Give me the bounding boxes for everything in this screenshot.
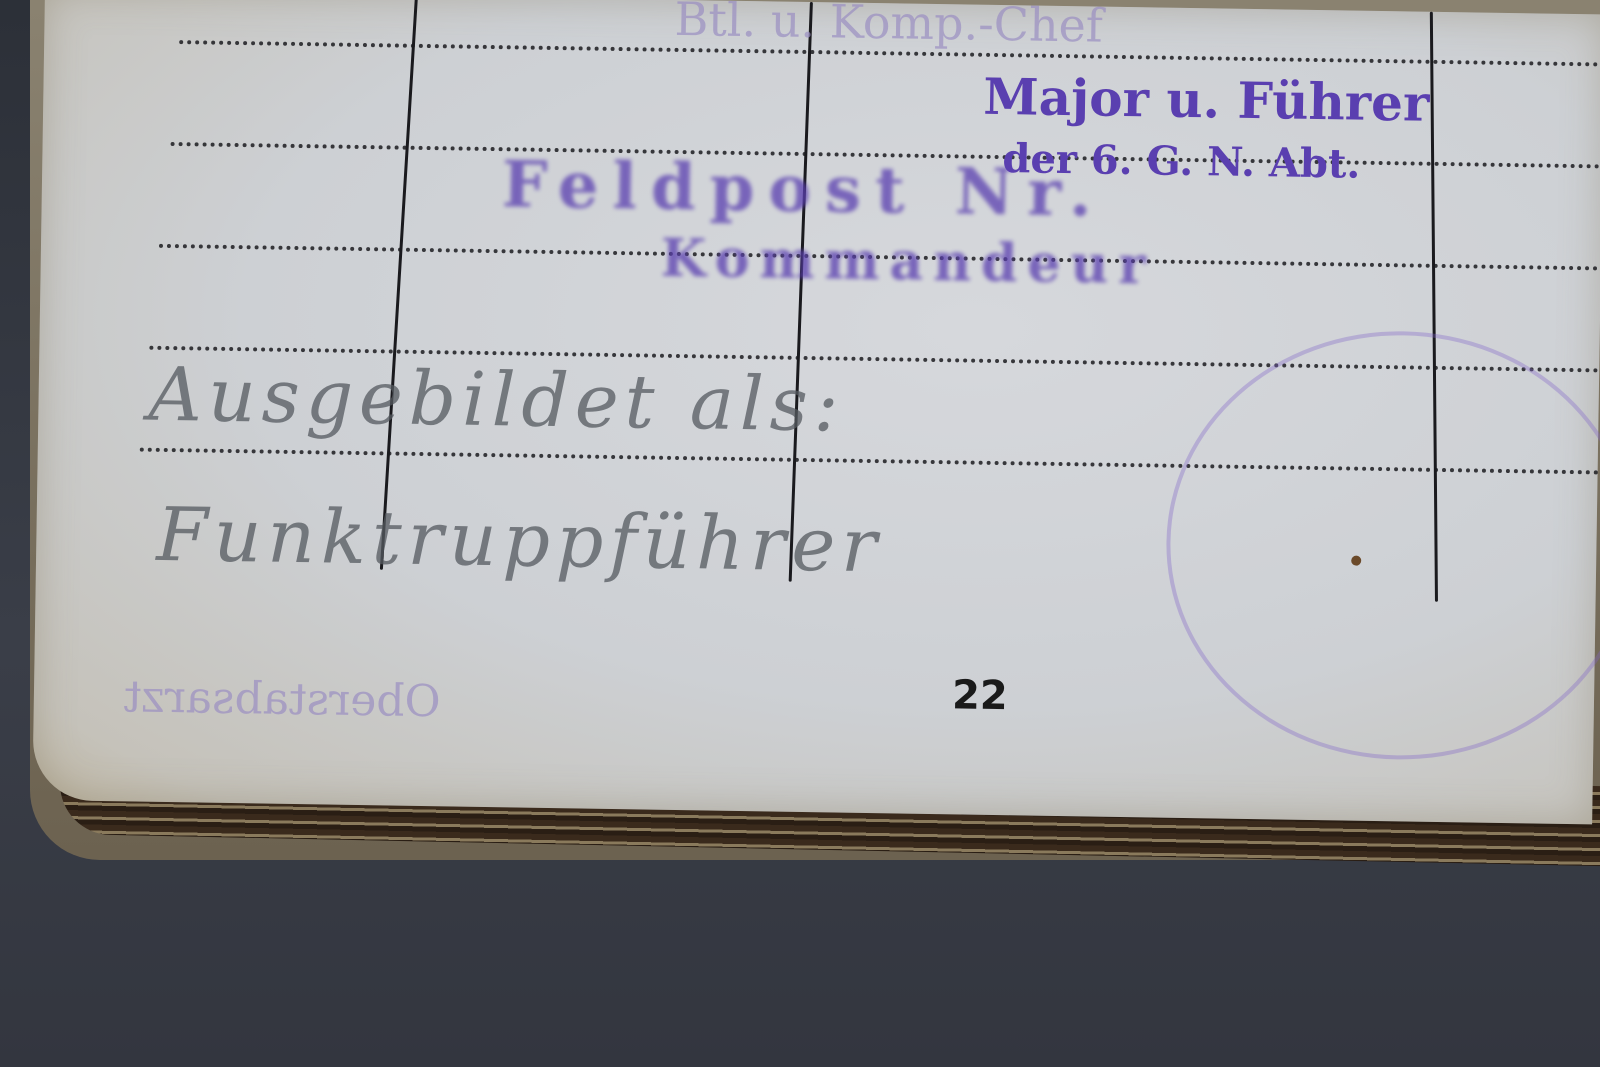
stamp-commander: Kommandeur <box>660 228 1156 297</box>
stamp-rank: Major u. Führer <box>983 67 1430 133</box>
round-seal-stamp <box>1163 328 1600 763</box>
column-line-2 <box>789 2 813 582</box>
handwritten-line-1: Ausgebildet als: <box>148 352 845 449</box>
stamp-mirrored-transfer: Oberstabsarzt <box>124 671 441 727</box>
column-line-1 <box>380 0 418 570</box>
stamp-company-chief: Btl. u. Komp.-Chef <box>674 0 1103 53</box>
stamp-smeared-block: Feldpost Nr. <box>501 147 1106 231</box>
handwritten-line-2: Funktruppführer <box>156 492 884 589</box>
page-number: 22 <box>952 672 1008 719</box>
ink-spot <box>1351 556 1361 566</box>
document-page: Btl. u. Komp.-Chef Major u. Führer der 6… <box>32 0 1600 824</box>
